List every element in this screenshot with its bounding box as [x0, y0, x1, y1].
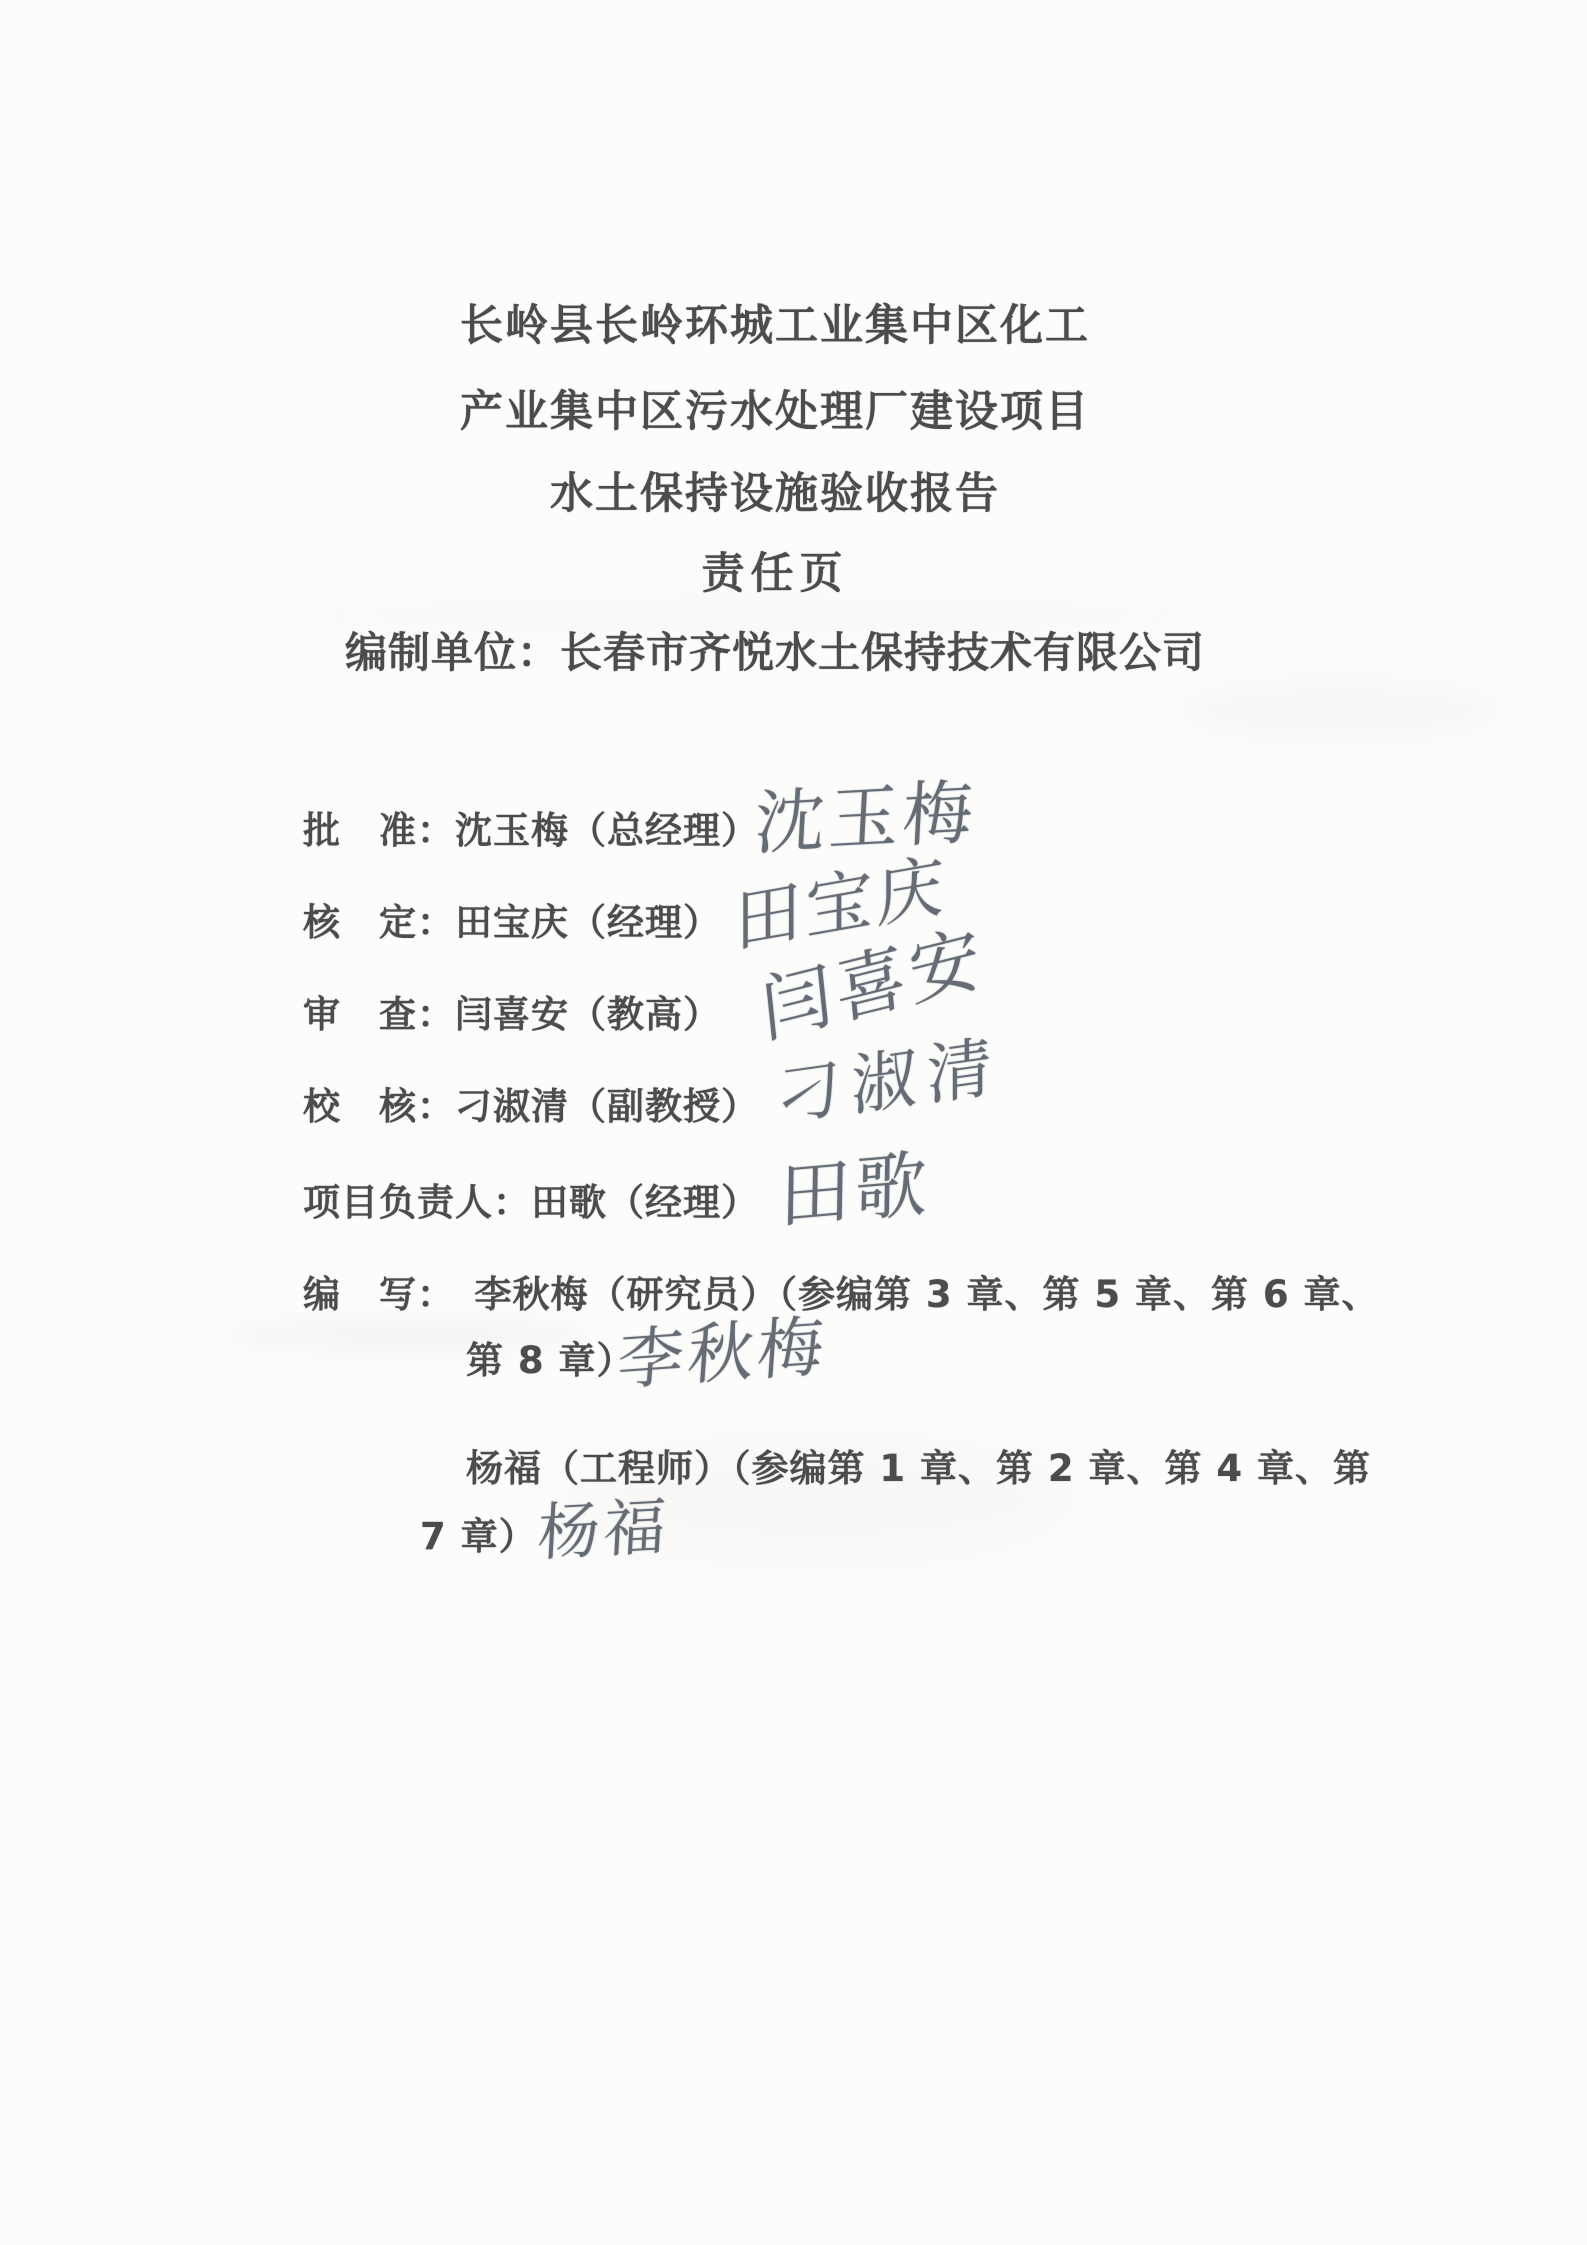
writer-2-chapters-cont: 7 章） — [420, 1515, 537, 1558]
project-leader-label: 项目负责人：田歌（经理） — [303, 1181, 759, 1224]
proofread-label: 校 核：刁淑清（副教授） — [303, 1085, 759, 1128]
review-row: 审 查：闫喜安（教高） 闫喜安 — [303, 984, 721, 1038]
project-leader-row: 项目负责人：田歌（经理） 田歌 — [303, 1172, 759, 1226]
verification-label: 核 定：田宝庆（经理） — [303, 901, 721, 944]
signature-li-qiumei: 李秋梅 — [615, 1292, 831, 1402]
scan-artifact — [1180, 680, 1500, 740]
writer-1-chapters-cont: 第 8 章） — [466, 1339, 635, 1382]
writer-2-continuation-row: 7 章） 杨福 — [420, 1506, 537, 1560]
approval-label: 批 准：沈玉梅（总经理） — [303, 809, 759, 852]
writer-1-row: 编 写： 李秋梅（研究员）（参编第 3 章、第 5 章、第 6 章、 — [303, 1264, 1380, 1318]
responsibility-page-heading: 责任页 — [702, 540, 849, 601]
proofread-row: 校 核：刁淑清（副教授） 刁淑清 — [303, 1076, 759, 1130]
signature-yang-fu: 杨福 — [536, 1476, 673, 1572]
writer-1-continuation-row: 第 8 章） 李秋梅 — [466, 1330, 635, 1384]
signature-tian-ge: 田歌 — [778, 1125, 931, 1243]
report-title-line-1: 长岭县长岭环城工业集中区化工 — [460, 292, 1090, 353]
verification-row: 核 定：田宝庆（经理） 田宝庆 — [303, 892, 721, 946]
review-label: 审 查：闫喜安（教高） — [303, 993, 721, 1036]
scanned-document-page: 长岭县长岭环城工业集中区化工 产业集中区污水处理厂建设项目 水土保持设施验收报告… — [0, 0, 1587, 2245]
writer-1-label: 编 写： 李秋梅（研究员）（参编第 3 章、第 5 章、第 6 章、 — [303, 1273, 1380, 1316]
report-title-line-2: 产业集中区污水处理厂建设项目 — [460, 378, 1090, 439]
approval-row: 批 准：沈玉梅（总经理） 沈玉梅 — [303, 800, 759, 854]
report-title-line-3: 水土保持设施验收报告 — [550, 460, 1000, 521]
prepared-by-line: 编制单位：长春市齐悦水土保持技术有限公司 — [345, 620, 1205, 680]
